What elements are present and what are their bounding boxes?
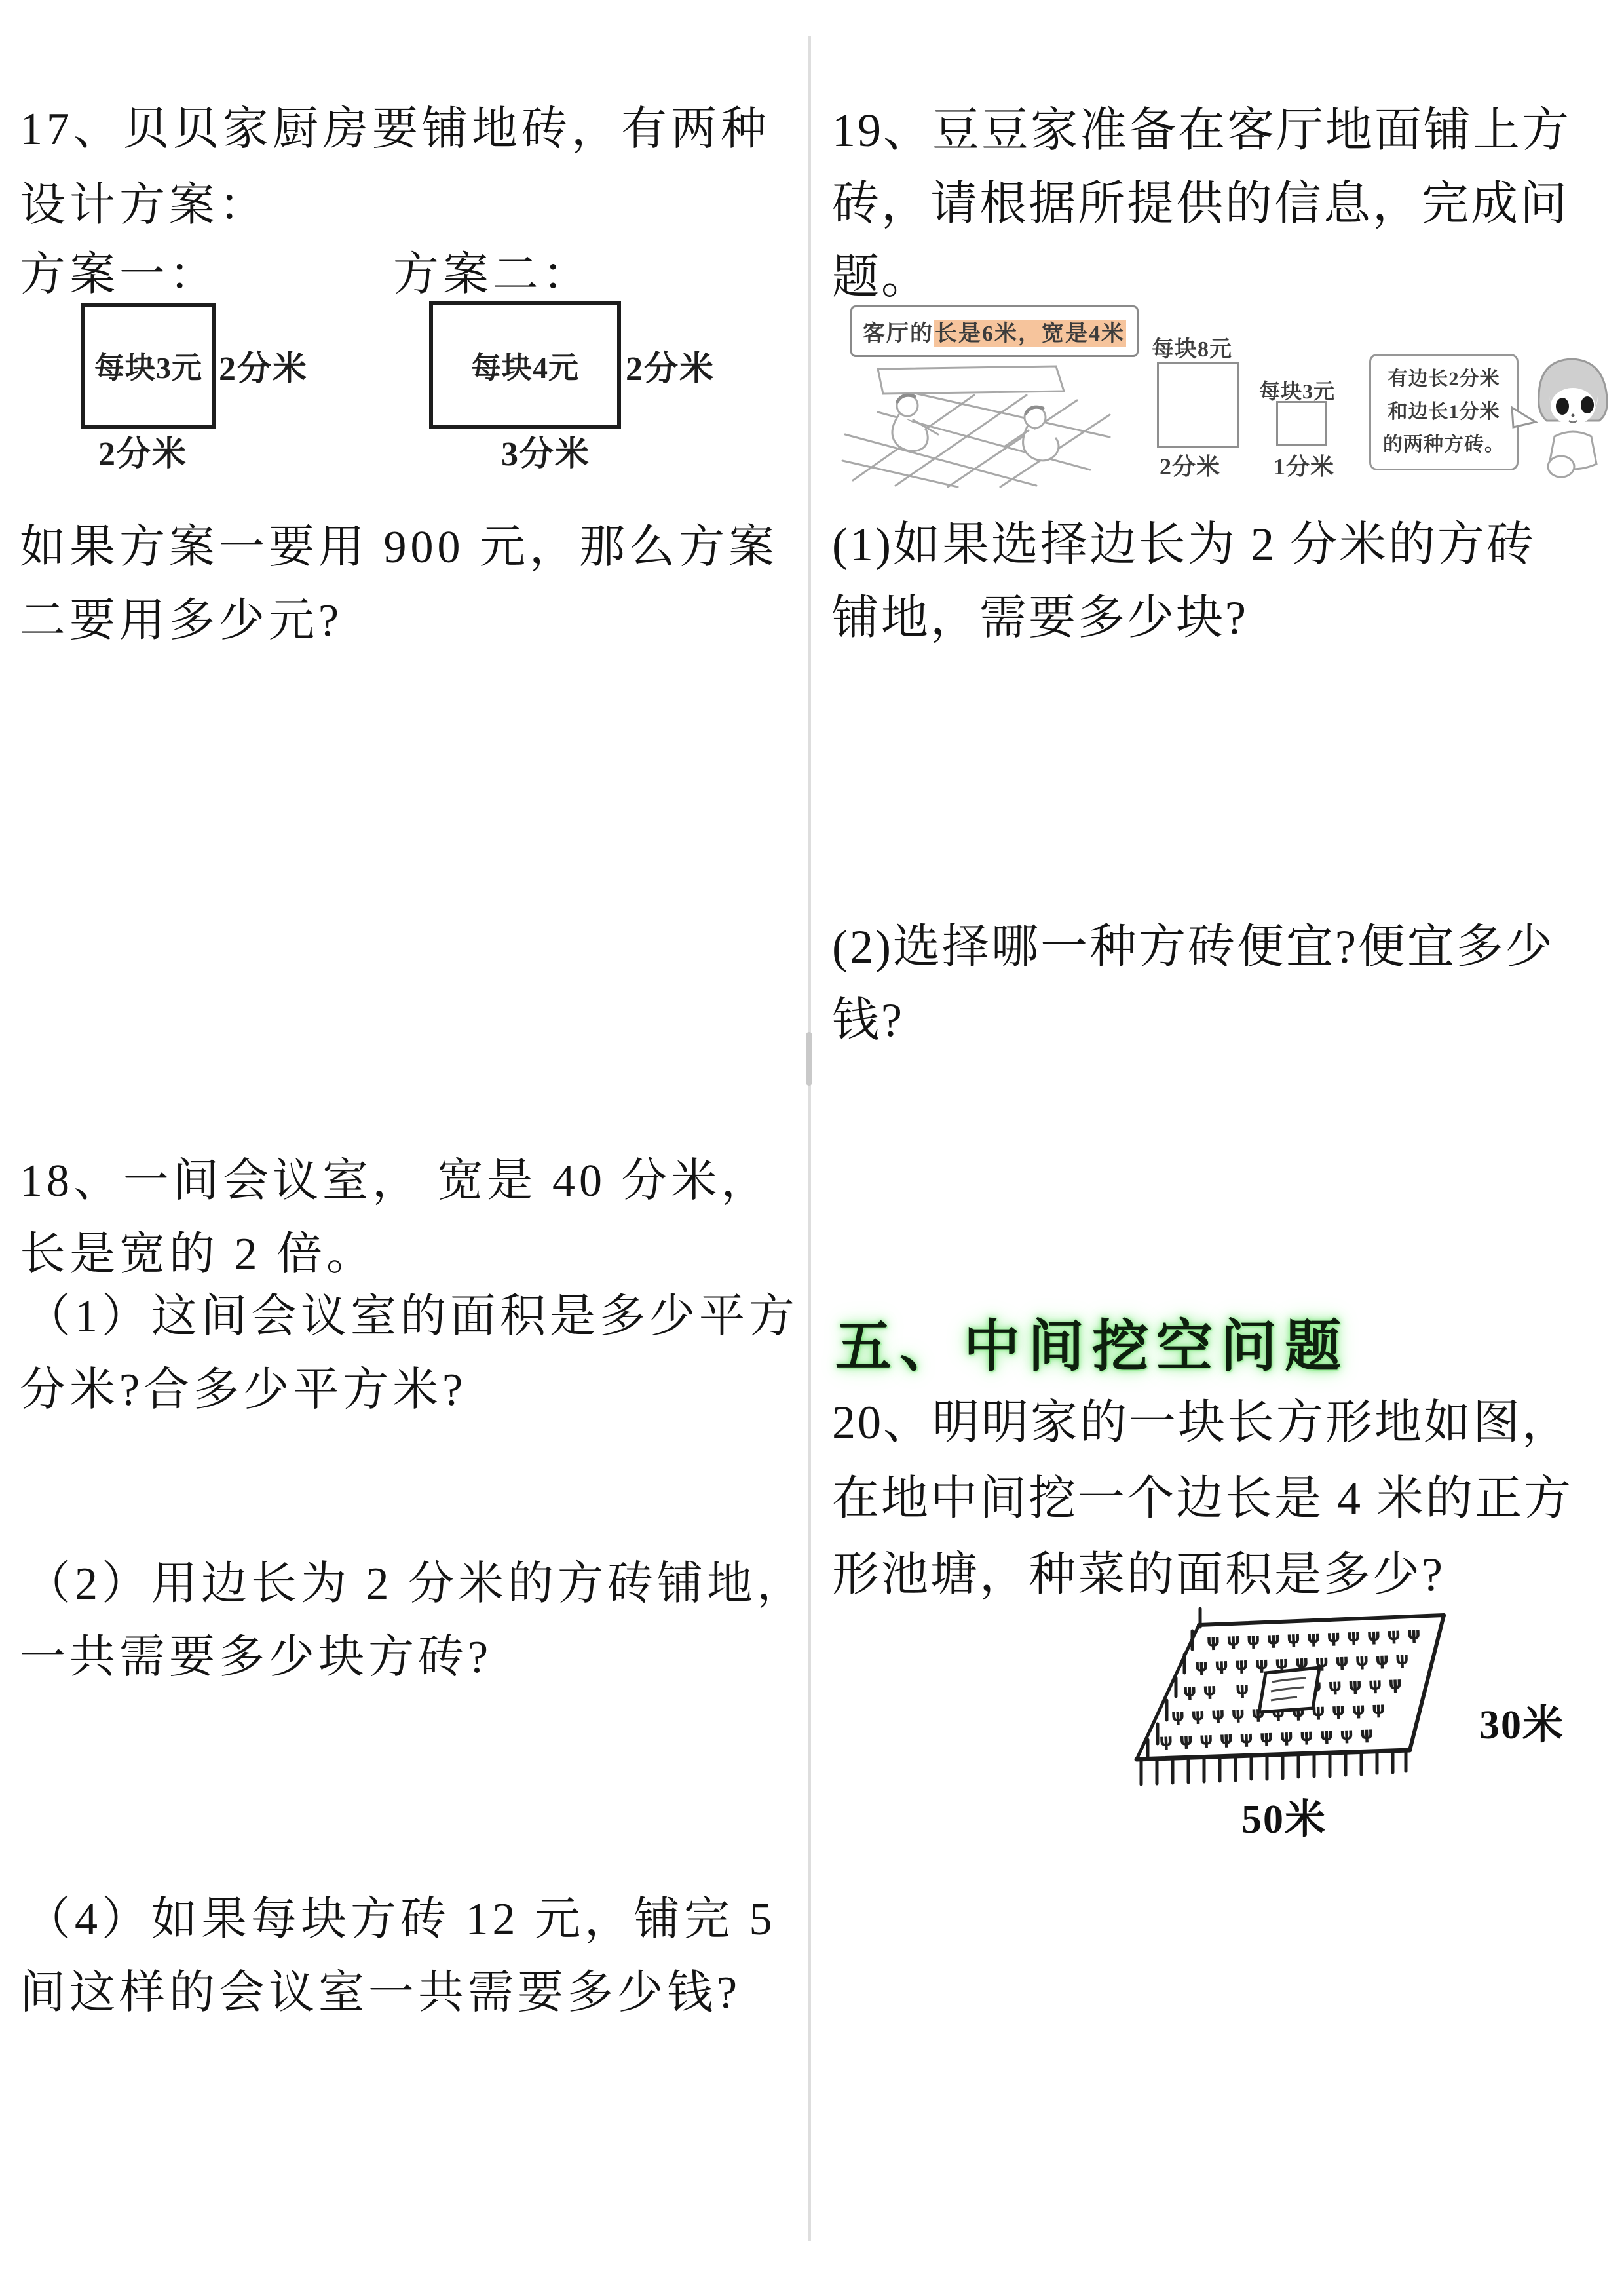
p19-q1-line1: (1)如果选择边长为 2 分米的方砖 bbox=[832, 506, 1536, 574]
plan1-side-right: 2分米 bbox=[219, 341, 308, 390]
info-prefix: 客厅的 bbox=[863, 322, 934, 346]
p18-q1-line2: 分米?合多少平方米? bbox=[20, 1352, 466, 1419]
p18-line1: 18、一间会议室， 宽是 40 分米， bbox=[20, 1143, 771, 1210]
divider-handle[interactable] bbox=[806, 1032, 812, 1086]
tile-big-side-label: 2分米 bbox=[1160, 448, 1220, 482]
p19-q2-line1: (2)选择哪一种方砖便宜?便宜多少 bbox=[832, 908, 1555, 976]
tile-small-side-label: 1分米 bbox=[1274, 448, 1334, 482]
girl-speech-bubble: 有边长2分米 和边长1分米 的两种方砖。 bbox=[1369, 354, 1519, 470]
section5-header: 五、中间挖空问题 bbox=[835, 1301, 1349, 1382]
plan1-tile-price: 每块3元 bbox=[94, 344, 202, 387]
p19-q2-line2: 钱? bbox=[832, 982, 904, 1050]
plan2-side-right: 2分米 bbox=[626, 341, 715, 390]
field-height-label: 30米 bbox=[1479, 1692, 1564, 1750]
p18-q2-line2: 一共需要多少块方砖? bbox=[20, 1620, 492, 1686]
plan2-tile-diagram: 每块4元 bbox=[429, 301, 621, 429]
p17-plan1-label: 方案一： bbox=[20, 237, 219, 303]
svg-text:ψψψψψψψψψψψ: ψψψψψψψψψψψ bbox=[1206, 1624, 1427, 1651]
p20-line3: 形池塘，种菜的面积是多少? bbox=[832, 1536, 1445, 1604]
tile-big-diagram bbox=[1157, 362, 1239, 448]
field-illustration: ψψψψψψψψψψψ ψψψψψψψψψψψ ψψ ψ ψψψψψψψ ψψψ… bbox=[1101, 1596, 1467, 1812]
p17-question-line2: 二要用多少元? bbox=[20, 583, 343, 649]
bubble-line-1: 有边长2分米 bbox=[1388, 363, 1500, 396]
p18-q4-line1: （4）如果每块方砖 12 元，铺完 5 bbox=[25, 1882, 776, 1948]
worksheet-page: 17、贝贝家厨房要铺地砖，有两种 设计方案： 方案一： 方案二： 每块3元 2分… bbox=[0, 0, 1624, 2296]
girl-illustration bbox=[1530, 350, 1616, 481]
plan2-side-bottom: 3分米 bbox=[501, 426, 590, 475]
p17-line2: 设计方案： bbox=[20, 168, 269, 234]
p17-question-line1: 如果方案一要用 900 元，那么方案 bbox=[20, 510, 778, 576]
bubble-line-3: 的两种方砖。 bbox=[1383, 429, 1505, 461]
info-highlight: 长是6米，宽是4米 bbox=[934, 320, 1126, 347]
svg-text:ψψψψψψψψψψψ: ψψψψψψψψψψψ bbox=[1159, 1723, 1380, 1751]
p20-line1: 20、明明家的一块长方形地如图， bbox=[832, 1384, 1571, 1452]
p17-line1: 17、贝贝家厨房要铺地砖，有两种 bbox=[20, 92, 770, 158]
p19-line3: 题。 bbox=[832, 239, 930, 307]
p19-line2: 砖，请根据所提供的信息，完成问 bbox=[832, 165, 1569, 233]
p18-q1-line1: （1）这间会议室的面积是多少平方 bbox=[25, 1279, 799, 1345]
p18-q4-line2: 间这样的会议室一共需要多少钱? bbox=[20, 1955, 741, 2021]
column-divider bbox=[808, 36, 811, 2241]
bubble-line-2: 和边长1分米 bbox=[1388, 396, 1500, 429]
livingroom-info-box: 客厅的长是6米，宽是4米 bbox=[850, 305, 1139, 357]
p20-line2: 在地中间挖一个边长是 4 米的正方 bbox=[832, 1460, 1573, 1528]
plan2-tile-price: 每块4元 bbox=[471, 344, 579, 387]
tile-small-diagram bbox=[1276, 401, 1327, 446]
plan1-tile-diagram: 每块3元 bbox=[81, 303, 216, 429]
plan1-side-bottom: 2分米 bbox=[98, 426, 187, 475]
tile-workers-illustration bbox=[840, 357, 1114, 488]
p19-line1: 19、豆豆家准备在客厅地面铺上方 bbox=[832, 92, 1571, 160]
p18-q2-line1: （2）用边长为 2 分米的方砖铺地， bbox=[25, 1546, 806, 1613]
p18-line2: 长是宽的 2 倍。 bbox=[20, 1217, 376, 1283]
p19-q1-line2: 铺地，需要多少块? bbox=[832, 579, 1248, 647]
tile-big-price-label: 每块8元 bbox=[1152, 331, 1232, 363]
field-width-label: 50米 bbox=[1241, 1786, 1327, 1845]
p17-plan2-label: 方案二： bbox=[393, 237, 592, 303]
